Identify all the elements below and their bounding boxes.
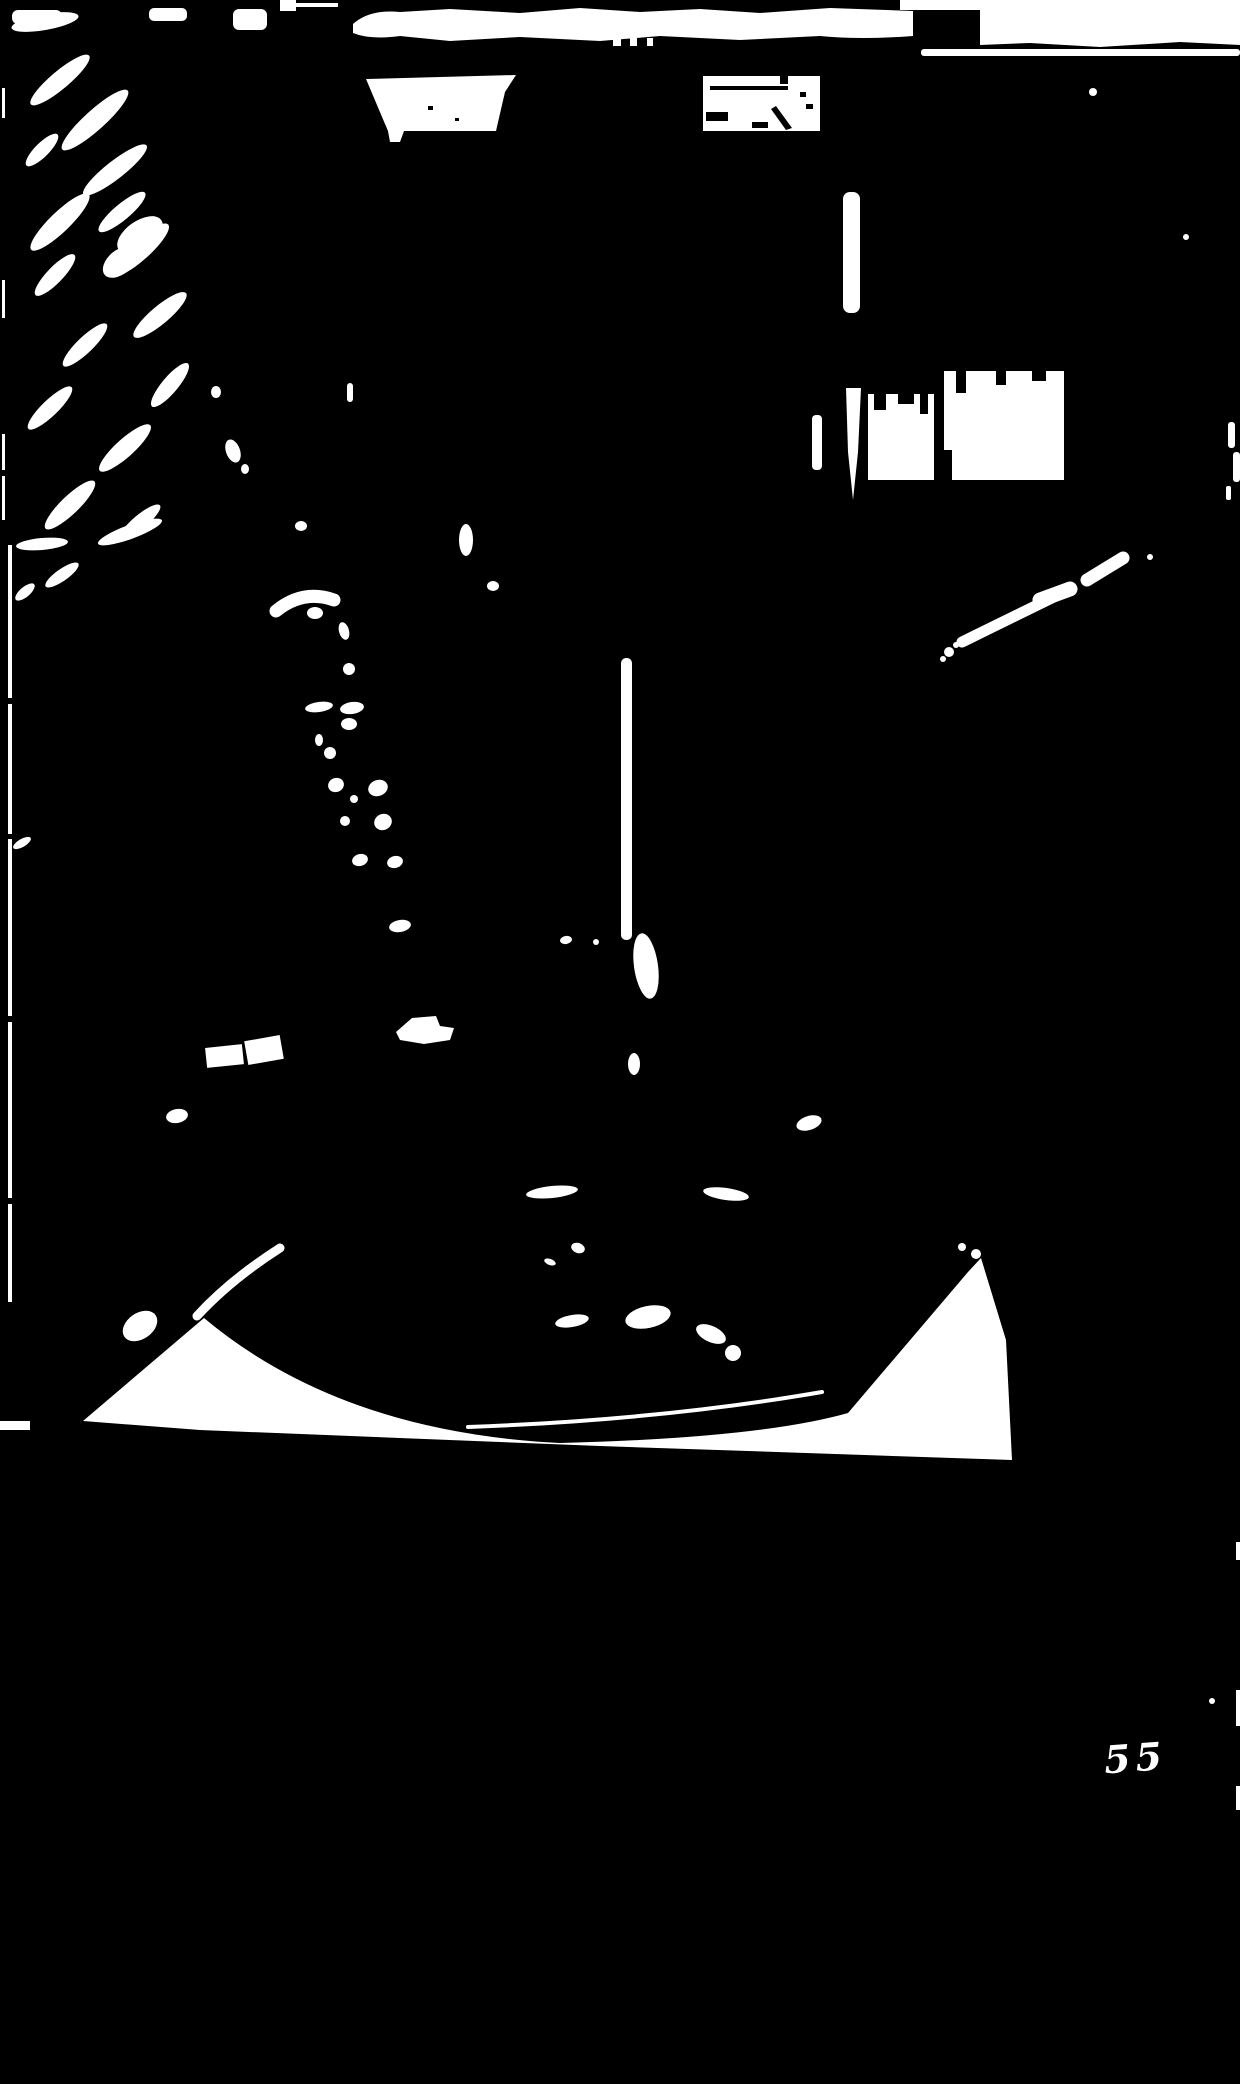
- binarized-photo: 55: [0, 0, 1240, 2084]
- photo-background: [0, 0, 1240, 2084]
- photo-canvas: 55: [0, 0, 1240, 2084]
- photo-caption: 55: [1103, 1733, 1169, 1782]
